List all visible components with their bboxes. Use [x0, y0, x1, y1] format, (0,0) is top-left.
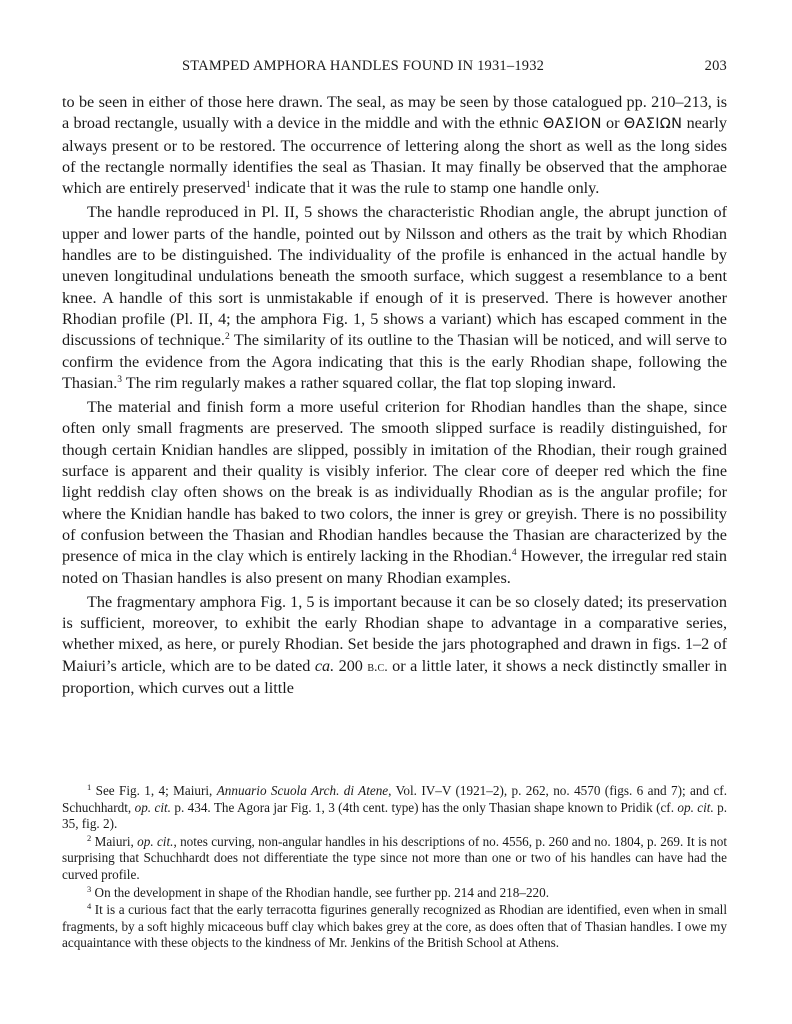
italic-abbrev: op. cit.: [677, 800, 713, 815]
text-run: See Fig. 1, 4; Maiuri,: [91, 783, 216, 798]
paragraph: The fragmentary amphora Fig. 1, 5 is imp…: [62, 592, 727, 699]
text-run: It is a curious fact that the early terr…: [62, 902, 727, 950]
paragraph: to be seen in either of those here drawn…: [62, 92, 727, 199]
italic-abbrev: op. cit.: [135, 800, 171, 815]
text-run: indicate that it was the rule to stamp o…: [251, 179, 600, 197]
footnote: 4 It is a curious fact that the early te…: [62, 902, 727, 952]
paragraph: The handle reproduced in Pl. II, 5 shows…: [62, 202, 727, 394]
text-run: The rim regularly makes a rather squared…: [122, 374, 616, 392]
small-caps-era: b.c.: [367, 660, 387, 675]
footnote: 1 See Fig. 1, 4; Maiuri, Annuario Scuola…: [62, 783, 727, 833]
text-run: Maiuri,: [91, 834, 137, 849]
greek-ethnic: ΘΑΣΙΩΝ: [624, 116, 683, 132]
paragraph: The material and finish form a more usef…: [62, 397, 727, 589]
page-number: 203: [705, 58, 727, 75]
text-run: p. 434. The Agora jar Fig. 1, 3 (4th cen…: [171, 800, 677, 815]
text-run: or: [602, 114, 624, 132]
text-run: On the development in shape of the Rhodi…: [91, 885, 549, 900]
footnote: 2 Maiuri, op. cit., notes curving, non-a…: [62, 834, 727, 884]
footnote: 3 On the development in shape of the Rho…: [62, 885, 727, 902]
text-run: The handle reproduced in Pl. II, 5 shows…: [62, 203, 727, 349]
text-run: 200: [334, 657, 367, 675]
text-run: The material and finish form a more usef…: [62, 398, 727, 565]
footnotes: 1 See Fig. 1, 4; Maiuri, Annuario Scuola…: [62, 783, 727, 953]
italic-abbrev: op. cit.: [137, 834, 173, 849]
running-head: STAMPED AMPHORA HANDLES FOUND IN 1931–19…: [62, 58, 727, 78]
running-title: STAMPED AMPHORA HANDLES FOUND IN 1931–19…: [182, 58, 544, 75]
italic-title: Annuario Scuola Arch. di Atene: [217, 783, 388, 798]
body-text: to be seen in either of those here drawn…: [62, 92, 727, 702]
italic-abbrev: ca.: [315, 657, 334, 675]
greek-ethnic: ΘΑΣΙΟΝ: [543, 116, 602, 132]
